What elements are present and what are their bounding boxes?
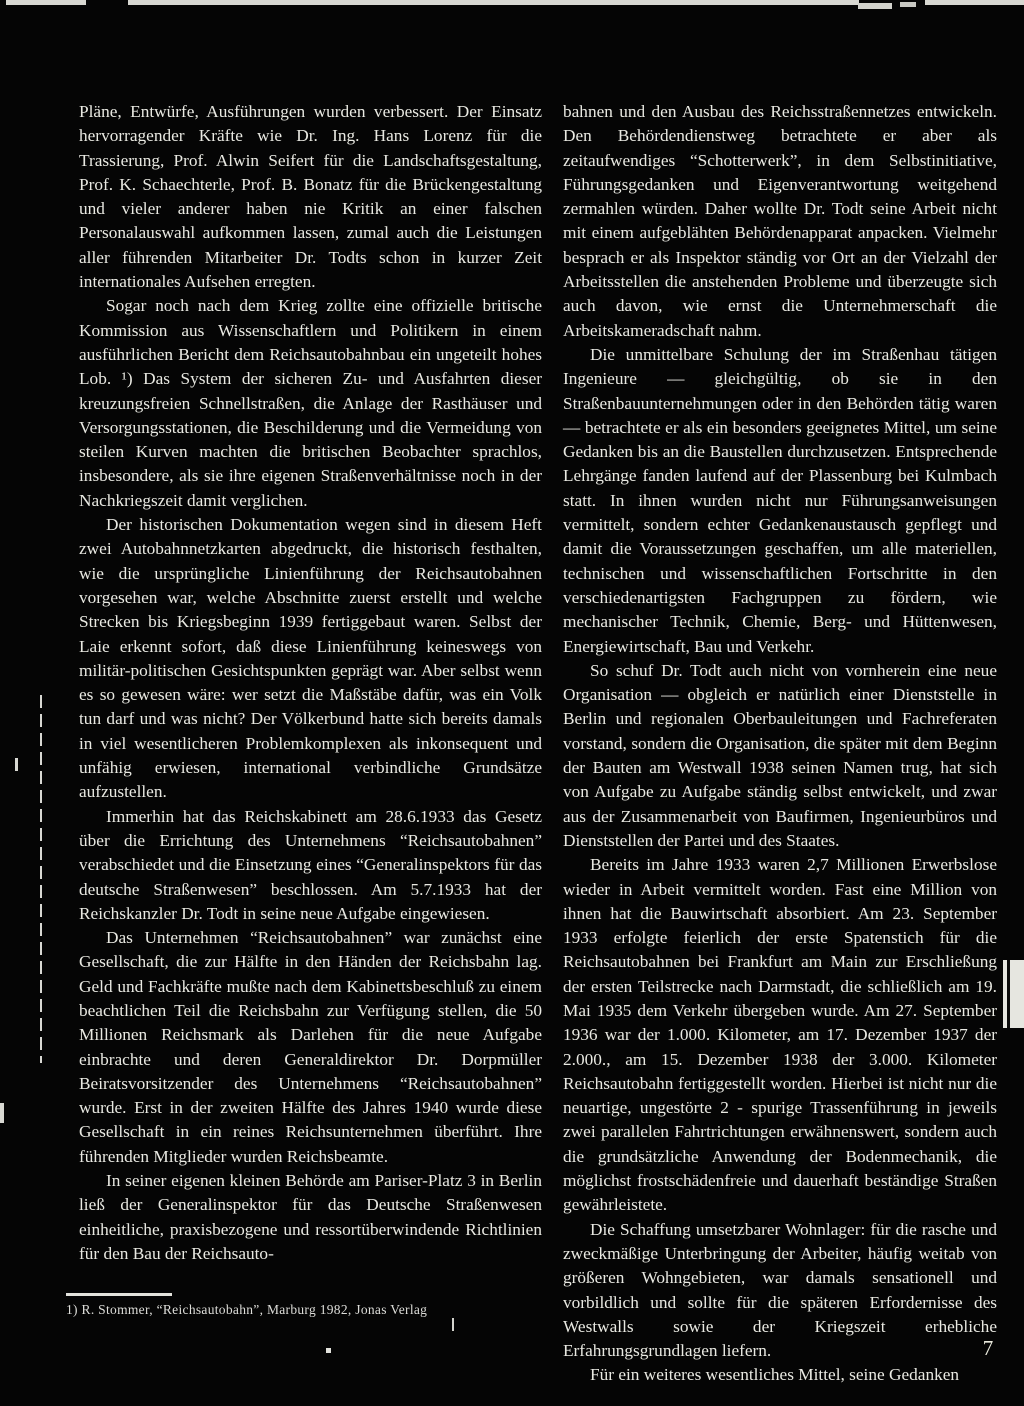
scan-top-edge-mark bbox=[858, 3, 892, 9]
footnote: 1) R. Stommer, “Reichsautobahn”, Marburg… bbox=[66, 1302, 536, 1318]
scan-right-bar-line bbox=[1007, 960, 1010, 1028]
paragraph: Die unmittelbare Schulung der im Straßen… bbox=[563, 343, 997, 659]
paragraph: Das Unternehmen “Reichsautobahnen” war z… bbox=[79, 926, 542, 1169]
paragraph: bahnen und den Ausbau des Reichsstraßenn… bbox=[563, 100, 997, 343]
paragraph: Der historischen Dokumentation wegen sin… bbox=[79, 513, 542, 805]
scan-top-edge-gap bbox=[86, 0, 128, 5]
scan-left-edge-mark bbox=[0, 1103, 4, 1123]
scan-left-edge-mark bbox=[15, 758, 18, 771]
scan-dot-artifact bbox=[326, 1348, 331, 1353]
paragraph: In seiner eigenen kleinen Behörde am Par… bbox=[79, 1169, 542, 1266]
paragraph: Für ein weiteres wesentliches Mittel, se… bbox=[563, 1363, 997, 1387]
paragraph: Immerhin hat das Reichskabinett am 28.6.… bbox=[79, 805, 542, 926]
paragraph: Bereits im Jahre 1933 waren 2,7 Millione… bbox=[563, 853, 997, 1217]
scan-bottom-mark bbox=[452, 1318, 454, 1331]
scan-right-bar-artifact bbox=[1003, 960, 1024, 1028]
paragraph: Pläne, Entwürfe, Ausführungen wurden ver… bbox=[79, 100, 542, 294]
right-column: bahnen und den Ausbau des Reichsstraßenn… bbox=[563, 100, 997, 1388]
paragraph: Die Schaffung umsetzbarer Wohnlager: für… bbox=[563, 1218, 997, 1364]
paragraph: So schuf Dr. Todt auch nicht von vornher… bbox=[563, 659, 997, 853]
scan-top-edge-mark bbox=[900, 2, 916, 7]
paragraph: Sogar noch nach dem Krieg zollte eine of… bbox=[79, 294, 542, 513]
scanned-page: Pläne, Entwürfe, Ausführungen wurden ver… bbox=[0, 0, 1024, 1406]
left-column: Pläne, Entwürfe, Ausführungen wurden ver… bbox=[79, 100, 542, 1266]
footnote-rule bbox=[66, 1293, 172, 1296]
page-number: 7 bbox=[968, 1336, 1008, 1361]
scan-crease-line bbox=[40, 695, 42, 1063]
